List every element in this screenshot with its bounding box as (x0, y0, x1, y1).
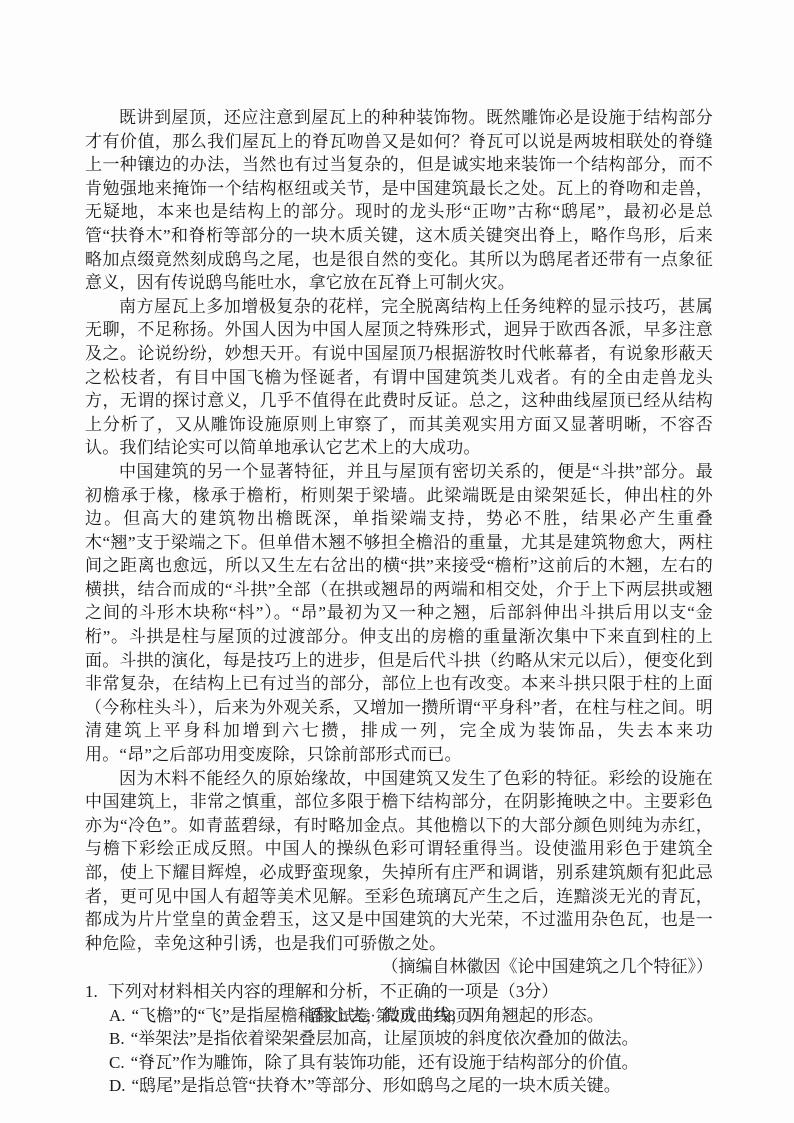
option-c-label: C. (109, 1051, 125, 1075)
question-stem: 下列对材料相关内容的理解和分析，不正确的一项是（3分） (108, 982, 559, 1001)
question-stem-line: 1.下列对材料相关内容的理解和分析，不正确的一项是（3分） (85, 980, 713, 1004)
option-c: C.“脊瓦”作为雕饰，除了具有装饰功能，还有设施于结构部分的价值。 (109, 1051, 713, 1075)
option-b: B.“举架法”是指依着梁架叠层加高，让屋顶坡的斜度依次叠加的做法。 (109, 1027, 713, 1051)
option-c-text: “脊瓦”作为雕饰，除了具有装饰功能，还有设施于结构部分的价值。 (131, 1053, 639, 1072)
body-paragraph: 因为木料不能经久的原始缘故，中国建筑又发生了色彩的特征。彩绘的设施在中国建筑上，… (85, 767, 713, 956)
page-footer: 语文试卷·第2页（共8页） (0, 1006, 794, 1028)
body-paragraph: 中国建筑的另一个显著特征，并且与屋顶有密切关系的，便是“斗拱”部分。最初檐承于椽… (85, 460, 713, 767)
option-b-label: B. (109, 1027, 125, 1051)
exam-paper-page: 既讲到屋顶，还应注意到屋瓦上的种种装饰物。既然雕饰必是设施于结构部分才有价值，那… (0, 0, 794, 1123)
page-content: 既讲到屋顶，还应注意到屋瓦上的种种装饰物。既然雕饰必是设施于结构部分才有价值，那… (85, 106, 713, 1098)
question-number: 1. (85, 980, 98, 1004)
question-1: 1.下列对材料相关内容的理解和分析，不正确的一项是（3分） A.“飞檐”的“飞”… (85, 980, 713, 1098)
option-d-label: D. (109, 1074, 126, 1098)
body-paragraph: 南方屋瓦上多加增极复杂的花样，完全脱离结构上任务纯粹的显示技巧，甚属无聊，不足称… (85, 295, 713, 460)
source-attribution: （摘编自林徽因《论中国建筑之几个特征》） (85, 955, 713, 979)
option-b-text: “举架法”是指依着梁架叠层加高，让屋顶坡的斜度依次叠加的做法。 (131, 1029, 639, 1048)
option-d: D.“鸱尾”是指总管“扶脊木”等部分、形如鸱鸟之尾的一块木质关键。 (109, 1074, 713, 1098)
option-d-text: “鸱尾”是指总管“扶脊木”等部分、形如鸱鸟之尾的一块木质关键。 (132, 1076, 621, 1095)
body-paragraph: 既讲到屋顶，还应注意到屋瓦上的种种装饰物。既然雕饰必是设施于结构部分才有价值，那… (85, 106, 713, 295)
